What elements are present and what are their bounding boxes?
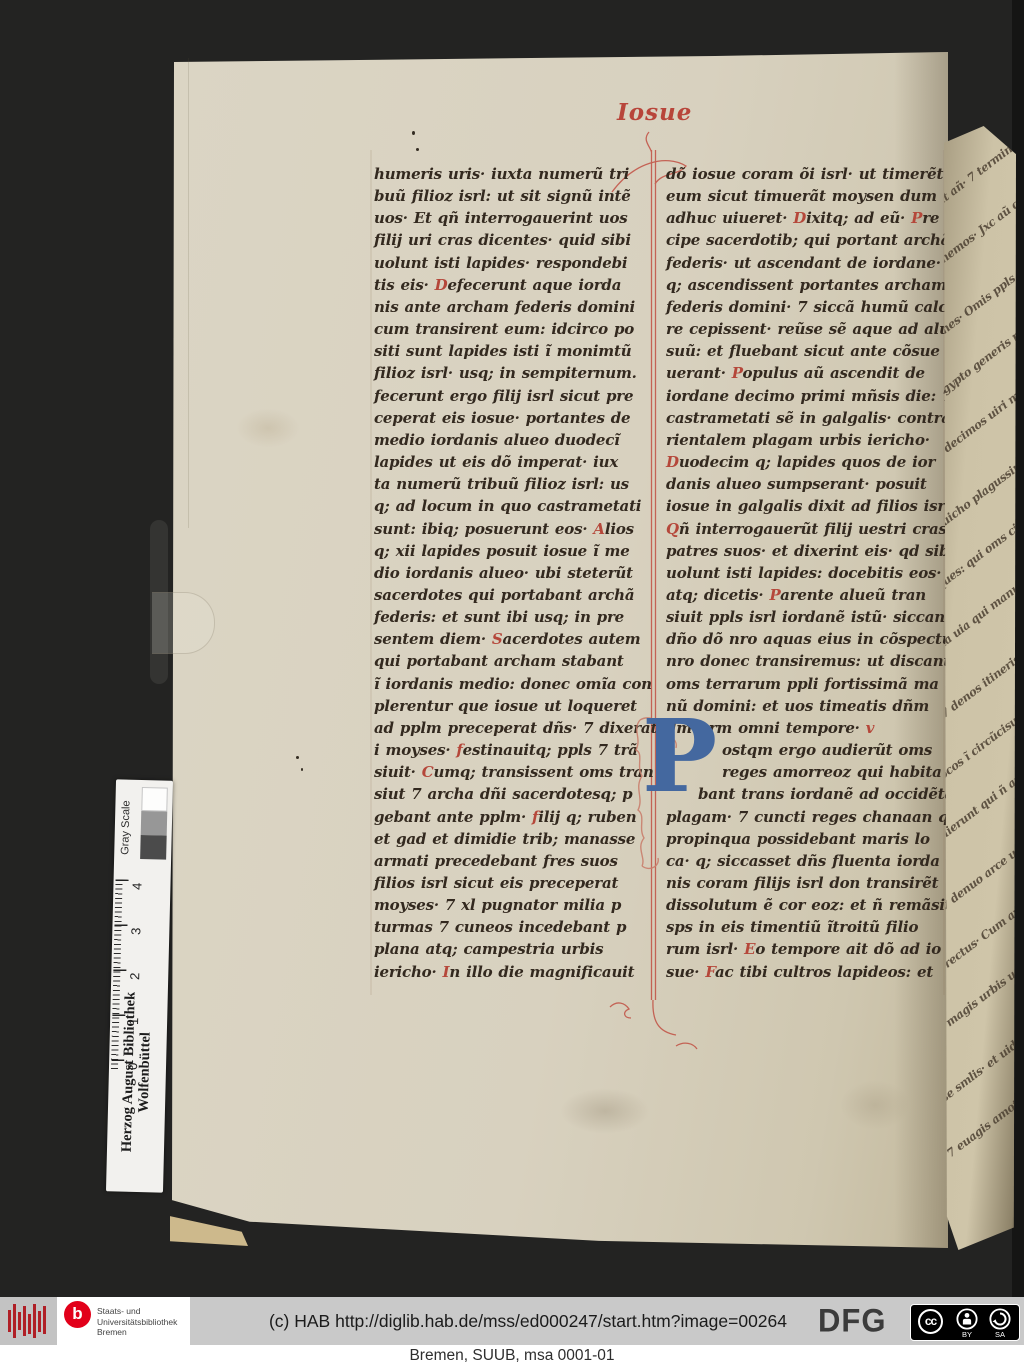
text-line: ca· q; siccasset dñs fluenta iorda [666,850,946,872]
bremen-b-icon: b [64,1301,91,1328]
text-line: re cepissent· reũse sẽ aque ad alueũ [666,318,946,340]
page-crease [188,58,189,528]
text-line: siuit ppls isrl iordanẽ istũ· siccante [666,606,946,628]
suub-logo-block [0,1297,57,1345]
cc-icon: cc [918,1309,943,1334]
copyright-url-text: (c) HAB http://diglib.hab.de/mss/ed00024… [190,1297,866,1345]
gray-scale-card: Gray Scale 4 3 2 1 0 Herzog August Bibli… [106,779,173,1192]
text-line: s rectus· Cum au [944,903,1016,977]
text-line: et gad et dimidie trib; manasse [374,828,654,850]
text-line: bant trans iordanẽ ad occidẽtalẽ [698,783,946,805]
text-line: rientalem plagam urbis iericho· [666,429,946,451]
text-line: reges amorreoz qui habita [722,761,946,783]
text-line: tis eis· Defecerunt aque iorda [374,274,654,296]
text-line: uolunt isti lapides: docebitis eos· [666,562,946,584]
text-line: siuit· Cumq; transissent oms tran [374,761,654,783]
text-line: ceperat eis iosue· portantes de [374,407,654,429]
text-line: ad pplm preceperat dñs· 7 dixerat e [374,717,654,739]
cc-license-badge: cc BY SA [910,1304,1020,1341]
text-line: uos· Et qñ interrogauerint uos [374,207,654,229]
text-line: fecerunt ergo filij isrl sicut pre [374,385,654,407]
text-line: humeris uris· iuxta numerũ tri [374,163,654,185]
suub-bars-logo [7,1302,51,1340]
text-line: cipe sacerdotib; qui portant archã [666,229,946,251]
text-line: buũ filioz isrl: ut sit signũ intẽ [374,185,654,207]
text-line: nro donec transiremus: ut discant [666,650,946,672]
cc-by-label: BY [956,1330,978,1339]
text-line: turmas 7 cuneos incedebant p [374,916,654,938]
text-line: et decimos uiri mo [944,384,1016,465]
text-line: Duodecim q; lapides quos de ior [666,451,946,473]
text-line: siti sunt lapides isti ĩ monimtũ [374,340,654,362]
text-line: lapides ut eis dõ imperat· iux [374,451,654,473]
text-line: siut 7 archa dñi sacerdotesq; p [374,783,654,805]
text-line: filios isrl sicut eis preceperat [374,872,654,894]
text-line: filij uri cras dicentes· quid sibi [374,229,654,251]
gray-patches [140,787,168,860]
left-text-column: humeris uris· iuxta numerũ tribuũ filioz… [374,163,654,983]
cc-by-person-icon [956,1308,978,1330]
library-label: Herzog August Bibliothek Wolfenbüttel [118,973,155,1172]
page-clip [152,592,215,654]
text-line: iosue in galgalis dixit ad filios isrl [666,495,946,517]
text-line: x· 7 euagis amot [944,1097,1016,1169]
initial-letter: P [642,706,717,806]
text-line: oms terrarum ppli fortissimã ma [666,673,946,695]
shelfmark-row: Bremen, SUUB, msa 0001-01 [0,1345,1024,1370]
gray-scale-label: Gray Scale [119,787,133,867]
text-line: sps in eis timentiũ ĩtroitũ filio [666,916,946,938]
adjacent-page-edge: ede scdõ filios isrl· fut añ· 7 terminor… [944,126,1016,1250]
text-line: nis coram filijs isrl don transirẽt [666,872,946,894]
text-line: dõ iosue coram õi isrl· ut timerẽt [666,163,946,185]
text-line: federis· ut ascendant de iordane· Cũ [666,252,946,274]
ink-dot [301,768,303,771]
text-line: iericho· In illo die magnificauit [374,961,654,983]
ink-dot [412,131,415,135]
text-line: ta numerũ tribuũ filioz isrl: us [374,473,654,495]
decorated-initial-p: P [630,714,698,870]
text-line: sue· Fac tibi cultros lapideos: et [666,961,946,983]
text-line: moyses· 7 xl pugnator milia p [374,894,654,916]
gray-patch-mid [141,811,168,836]
text-line: nis ante archam federis domini [374,296,654,318]
text-line: medio iordanis alueo duodecĩ [374,429,654,451]
digitized-manuscript-view: Iosue humeris uris· iuxta numerũ tribuũ … [0,0,1024,1370]
text-line: gebant ante pplm· filij q; ruben [374,806,654,828]
text-line: ne magis urbis ueñt [944,955,1016,1040]
ruler-number: 3 [128,921,142,935]
text-line: uicho plagussimos [944,448,1016,528]
text-line: cum transirent eum: idcirco po [374,318,654,340]
gray-patch-light [141,787,168,812]
text-line: adhuc uiueret· Dixitq; ad eũ· Pre [666,207,946,229]
text-line: ostqm ergo audierũt oms [722,739,946,761]
text-line: 7 denos itineris lart [944,636,1016,720]
text-line: nes· Omis ppls qui [944,257,1016,336]
text-line: dño dõ nro aquas eius in cõspectu [666,628,946,650]
cc-sa-label: SA [989,1330,1011,1339]
gray-patch-dark [140,835,167,860]
text-line: ĩ iordanis medio: donec omĩa con [374,673,654,695]
ruler-number: 4 [129,876,143,890]
text-line: dio iordanis alueo· ubi steterũt [374,562,654,584]
text-line: 7 denuo arce uñr [944,838,1016,913]
cc-sa-arrow-icon [989,1308,1011,1330]
ink-dot [416,148,419,151]
text-line: armati precedebant fres suos [374,850,654,872]
text-line: federis domini· 7 siccã humũ calca [666,296,946,318]
text-line: iordane decimo primi mñsis die: 7 [666,385,946,407]
text-line: plerentur que iosue ut loqueret [374,695,654,717]
text-line: filioz isrl· usq; in sempiternum. [374,362,654,384]
text-line: rum isrl· Eo tempore ait dõ ad io [666,938,946,960]
dfg-logo: DFG [818,1301,886,1341]
text-line: suũ: et fluebant sicut ante cõsue [666,340,946,362]
text-line: sentem diem· Sacerdotes autem [374,628,654,650]
bremen-library-name: Staats- und Universitätsbibliothek Breme… [97,1306,177,1338]
bremen-name-line: Universitätsbibliothek [97,1317,177,1328]
right-text-column: dõ iosue coram õi isrl· ut timerẽteum si… [666,163,946,983]
text-line: patres suos· et dixerint eis· qd sibi [666,540,946,562]
text-line: sacerdotes qui portabant archã [374,584,654,606]
bremen-library-block: b Staats- und Universitätsbibliothek Bre… [57,1297,190,1345]
text-line: dissolutum ẽ cor eoz: et ñ remãsit [666,894,946,916]
text-line: q; ad locum in quo castrametati [374,495,654,517]
text-line: castrametati sẽ in galgalis· contra o [666,407,946,429]
footer-logo-row: b Staats- und Universitätsbibliothek Bre… [0,1297,1024,1345]
text-line: plana atq; campestria urbis [374,938,654,960]
running-title: Iosue [617,99,692,126]
text-line: eum sicut timuerãt moysen dum [666,185,946,207]
text-line: federis: et sunt ibi usq; in pre [374,606,654,628]
ink-dot [296,756,299,759]
text-line: pelierunt qui ñ aud [944,766,1016,849]
text-line: sunt: ibiq; posuerunt eos· Alios [374,518,654,540]
text-line: uerant· Populus aũ ascendit de [666,362,946,384]
footer-bar: b Staats- und Universitätsbibliothek Bre… [0,1297,1024,1370]
text-line: i moyses· festinauitq; ppls 7 trã [374,739,654,761]
text-line: egypto generis ma [944,321,1016,401]
text-line: q; ascendissent portantes archam [666,274,946,296]
shelfmark-text: Bremen, SUUB, msa 0001-01 [409,1347,614,1364]
text-line: atq; dicetis· Parente alueũ tran [666,584,946,606]
text-line: q; xii lapides posuit iosue ĩ me [374,540,654,562]
text-line: danis alueo sumpserant· posuit [666,473,946,495]
text-line: qui portabant archam stabant [374,650,654,672]
text-line: uolunt isti lapides· respondebi [374,252,654,274]
bremen-name-line: Staats- und [97,1306,177,1317]
text-line: Qñ interrogauerũt filij uestri cras [666,518,946,540]
bremen-name-line: Bremen [97,1327,177,1338]
text-line: propinqua possidebant maris lo [666,828,946,850]
